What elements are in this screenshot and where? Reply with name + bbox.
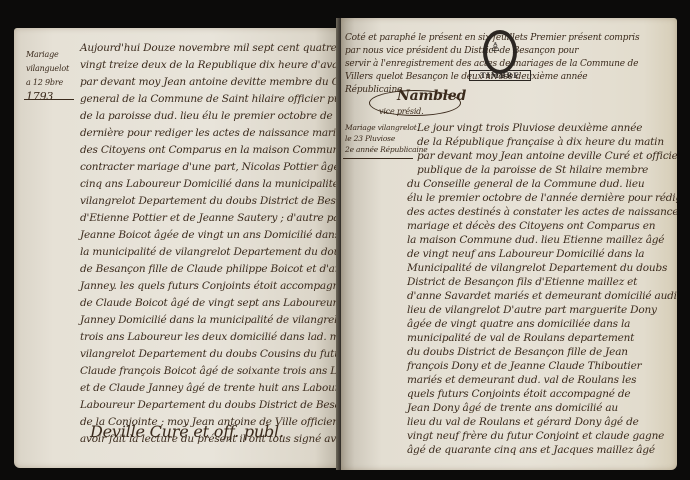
tax-stamp: ♙ TIMBRE (469, 24, 529, 86)
text-line: d'anne Savardet mariés et demeurant domi… (407, 290, 677, 302)
text-line: Claude françois Boicot âgé de soixante t… (80, 365, 341, 377)
margin-rule (24, 99, 74, 100)
margin-note-line: 2e année Républicaine (345, 144, 427, 155)
text-line: élu le premier octobre de l'année derniè… (407, 192, 677, 204)
right-margin-note: Mariage vilangrelot le 23 Pluviose 2e an… (345, 122, 427, 155)
text-line: par devant moy Jean antoine devitte memb… (80, 76, 341, 88)
margin-note-line: a 12 9bre (26, 76, 69, 90)
register-spread: Mariage vilanguelot a 12 9bre 1793 Aujou… (0, 0, 690, 480)
text-line: Janney Domicilié dans la municipalité de… (80, 314, 341, 326)
left-page: Mariage vilanguelot a 12 9bre 1793 Aujou… (14, 28, 341, 468)
text-line: cinq ans Laboureur Domicilié dans la mun… (80, 178, 341, 190)
margin-note-line: 1793 (26, 90, 69, 104)
stamp-label: TIMBRE (469, 70, 531, 81)
text-line: mariés et demeurant dud. val de Roulans … (407, 374, 636, 386)
header-line: Villers quelot Besançon le deux nivôse d… (345, 71, 587, 83)
text-line: de vingt neuf ans Laboureur Domicilié da… (407, 248, 644, 260)
text-line: Jeanne Boicot âgée de vingt un ans Domic… (80, 229, 340, 241)
header-signature-note: vice présid. (379, 106, 423, 118)
text-line: Laboureur Departement du doubs District … (80, 399, 341, 411)
text-line: mariage et décès des Citoyens ont Compar… (407, 220, 655, 232)
margin-note-line: le 23 Pluviose (345, 133, 427, 144)
text-line: des Citoyens ont Comparus en la maison C… (80, 144, 341, 156)
margin-note-line: vilanguelot (26, 62, 69, 76)
seated-figure-icon: ♙ (490, 40, 501, 54)
text-line: publique de la paroisse de St hilaire me… (417, 164, 648, 176)
text-line: Jean Dony âgé de trente ans domicilié au (407, 402, 618, 414)
text-line: lieu du val de Roulans et gérard Dony âg… (407, 416, 639, 428)
text-line: des actes destinés à constater les actes… (407, 206, 677, 218)
text-line: District de Besançon fils d'Etienne mail… (407, 276, 637, 288)
text-line: âgée de vingt quatre ans domiciliée dans… (407, 318, 630, 330)
text-line: de la paroisse dud. lieu élu le premier … (80, 110, 341, 122)
margin-note-line: Mariage (26, 48, 69, 62)
text-line: d'Etienne Pottier et de Jeanne Sautery ;… (80, 212, 341, 224)
text-line: vingt treize deux de la Republique dix h… (80, 59, 341, 71)
header-line: par nous vice président du District de B… (345, 45, 578, 57)
text-line: contracter mariage d'une part, Nicolas P… (80, 161, 341, 173)
text-line: âgé de quarante cinq ans et Jacques mail… (407, 444, 655, 456)
text-line: Le jour vingt trois Pluviose deuxième an… (417, 122, 642, 134)
text-line: de Besançon fille de Claude philippe Boi… (80, 263, 341, 275)
text-line: quels futurs Conjoints étoit accompagné … (407, 388, 630, 400)
text-line: et de Claude Janney âgé de trente huit a… (80, 382, 341, 394)
text-line: lieu de vilangrelot D'autre part marguer… (407, 304, 657, 316)
text-line: la maison Commune dud. lieu Etienne mail… (407, 234, 664, 246)
text-line: la municipalité de vilangrelot Departeme… (80, 246, 341, 258)
text-line: vilangrelot Departement du doubs Cousins… (80, 348, 341, 360)
text-line: vilangrelot Departement du doubs Distric… (80, 195, 341, 207)
text-line: du doubs District de Besançon fille de J… (407, 346, 628, 358)
text-line: general de la Commune de Saint hilaire o… (80, 93, 341, 105)
text-line: municipalité de val de Roulans departeme… (407, 332, 634, 344)
text-line: dernière pour rediger les actes de naiss… (80, 127, 341, 139)
text-line: vingt neuf frère du futur Conjoint et cl… (407, 430, 664, 442)
text-line: françois Dony et de Jeanne Claude Thibou… (407, 360, 641, 372)
text-line: Janney. les quels futurs Conjoints étoit… (80, 280, 341, 292)
text-line: Aujourd'hui Douze novembre mil sept cent… (80, 42, 337, 54)
margin-note-line: Mariage vilangrelot (345, 122, 427, 133)
text-line: de Claude Boicot âgé de vingt sept ans L… (80, 297, 341, 309)
text-line: de la République française à dix heure d… (417, 136, 664, 148)
right-page: Coté et paraphé le présent en six feuill… (341, 18, 677, 470)
text-line: du Conseille general de la Commune dud. … (407, 178, 644, 190)
left-margin-note: Mariage vilanguelot a 12 9bre 1793 (26, 48, 69, 104)
text-line: Municipalité de vilangrelot Departement … (407, 262, 667, 274)
margin-rule (343, 158, 413, 159)
official-signature: Deville Curé et off. publ. (90, 422, 284, 441)
text-line: trois ans Laboureur les deux domicilié d… (80, 331, 341, 343)
text-line: par devant moy Jean antoine deville Curé… (417, 150, 677, 162)
